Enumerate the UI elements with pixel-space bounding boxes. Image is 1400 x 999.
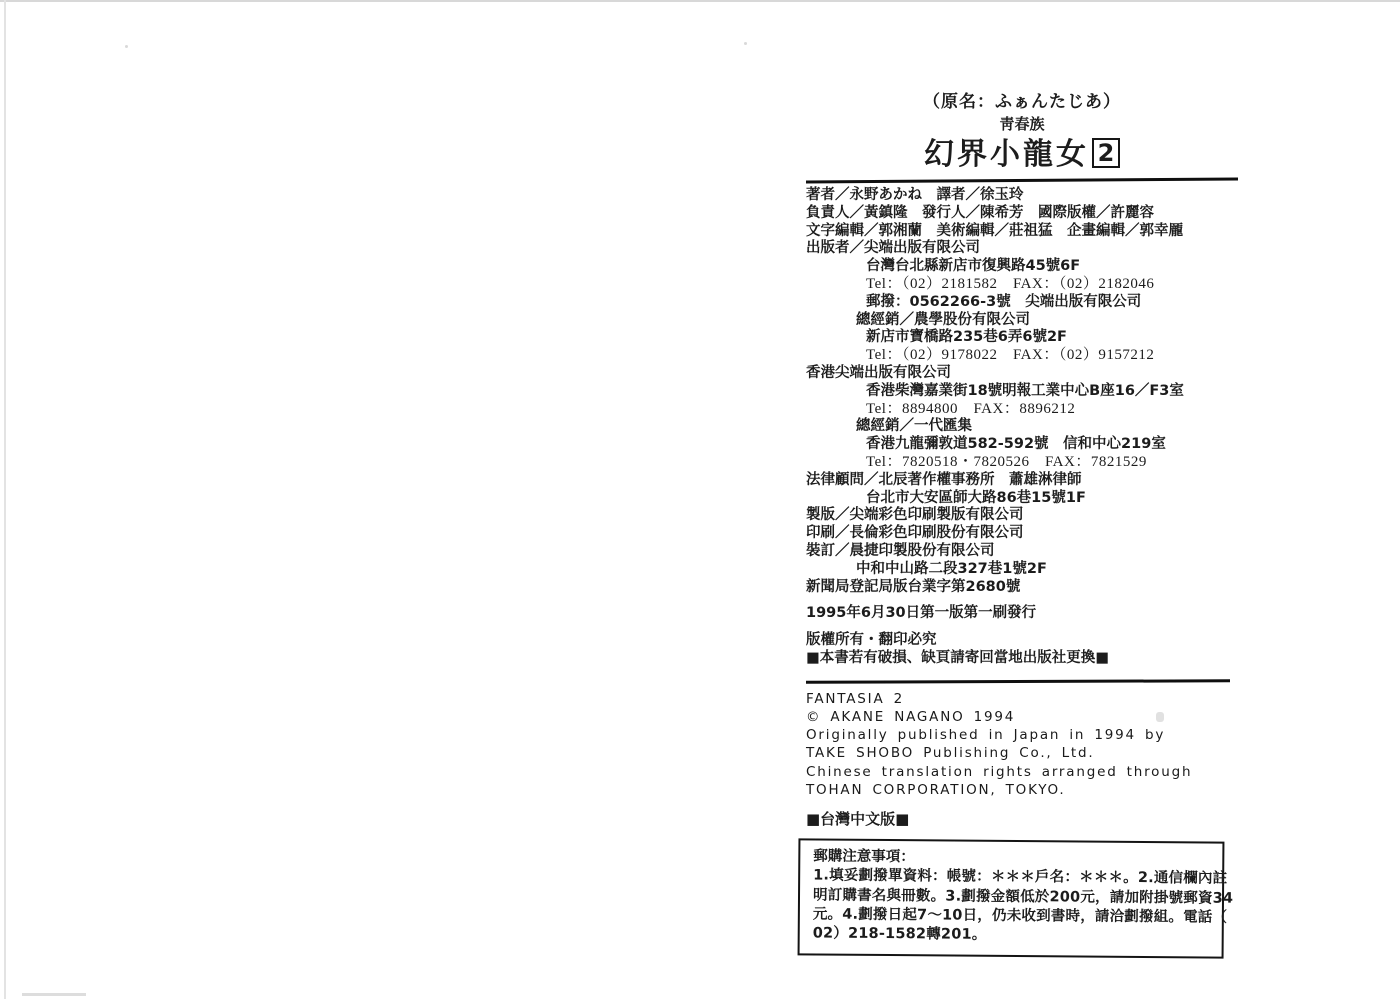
scan-smudge	[1156, 712, 1164, 722]
scan-speck	[744, 42, 747, 45]
mail-order-line: 1.填妥劃撥單資料：帳號：＊＊＊戶名：＊＊＊。2.通信欄內註	[813, 867, 1209, 889]
book-title: 幻界小龍女2	[806, 136, 1238, 174]
colophon-line: 台北市大安區師大路86巷15號1F	[806, 490, 1238, 508]
imprint-name: 靑春族	[806, 116, 1238, 133]
colophon-content: （原名：ふぁんたじあ） 靑春族 幻界小龍女2 著者／永野あかね 譯者／徐玉玲負責…	[806, 92, 1238, 957]
mail-order-notice-box: 郵購注意事項： 1.填妥劃撥單資料：帳號：＊＊＊戶名：＊＊＊。2.通信欄內註明訂…	[798, 838, 1225, 959]
scan-edge-left	[4, 0, 6, 999]
colophon-line: 裝訂／晨捷印製股份有限公司	[806, 543, 1238, 561]
damage-return-notice: ■本書若有破損、缺頁請寄回當地出版社更換■	[806, 650, 1238, 668]
colophon-line: 新聞局登記局版台業字第2680號	[806, 579, 1238, 597]
taiwan-edition-label: ■台灣中文版■	[806, 810, 1238, 828]
colophon-line: 印刷／長倫彩色印刷股份有限公司	[806, 525, 1238, 543]
english-line: Chinese translation rights arranged thro…	[806, 763, 1238, 781]
english-line: TOHAN CORPORATION, TOKYO.	[806, 781, 1238, 799]
colophon-line: Tel：7820518・7820526 FAX：7821529	[806, 454, 1238, 472]
scan-speck	[125, 45, 128, 48]
colophon-line: 著者／永野あかね 譯者／徐玉玲	[806, 187, 1238, 205]
mail-order-lines: 1.填妥劃撥單資料：帳號：＊＊＊戶名：＊＊＊。2.通信欄內註明訂購書名與冊數。3…	[813, 867, 1210, 947]
colophon-line: Tel：8894800 FAX：8896212	[806, 401, 1238, 419]
original-title-note: （原名：ふぁんたじあ）	[806, 92, 1238, 112]
colophon-line: Tel：（02）2181582 FAX：（02）2182046	[806, 276, 1238, 294]
english-line: TAKE SHOBO Publishing Co., Ltd.	[806, 744, 1238, 762]
edition-date-line: 1995年6月30日第一版第一刷發行	[806, 605, 1238, 623]
english-line: Originally published in Japan in 1994 by	[806, 726, 1238, 744]
colophon-line: 香港九龍彌敦道582-592號 信和中心219室	[806, 436, 1238, 454]
colophon-line: 中和中山路二段327巷1號2F	[806, 561, 1238, 579]
english-line: © AKANE NAGANO 1994	[806, 708, 1238, 726]
colophon-line: 負責人／黃鎮隆 發行人／陳希芳 國際版權／許麗容	[806, 205, 1238, 223]
colophon-line: 出版者／尖端出版有限公司	[806, 240, 1238, 258]
english-line: FANTASIA 2	[806, 690, 1238, 708]
copyright-notice: 版權所有・翻印必究	[806, 632, 1238, 650]
colophon-line: 文字編輯／郭湘蘭 美術編輯／莊祖猛 企畫編輯／郭幸龎	[806, 223, 1238, 241]
colophon-line: 總經銷／一代匯集	[806, 418, 1238, 436]
scan-mark	[22, 993, 86, 996]
colophon-line: 香港柴灣嘉業街18號明報工業中心B座16／F3室	[806, 383, 1238, 401]
colophon-line: 郵撥：0562266-3號 尖端出版有限公司	[806, 294, 1238, 312]
book-title-text: 幻界小龍女	[924, 137, 1089, 172]
colophon-line: Tel：（02）9178022 FAX：（02）9157212	[806, 347, 1238, 365]
english-copyright-block: FANTASIA 2© AKANE NAGANO 1994Originally …	[806, 690, 1238, 799]
colophon-line: 總經銷／農學股份有限公司	[806, 312, 1238, 330]
colophon-block: 著者／永野あかね 譯者／徐玉玲負責人／黃鎮隆 發行人／陳希芳 國際版權／許麗容文…	[806, 187, 1238, 596]
bottom-divider	[806, 679, 1230, 683]
colophon-line: 台灣台北縣新店市復興路45號6F	[806, 258, 1238, 276]
volume-number: 2	[1092, 138, 1120, 168]
mail-order-line: 02）218-1582轉201。	[813, 925, 1209, 947]
colophon-line: 製版／尖端彩色印刷製版有限公司	[806, 507, 1238, 525]
scan-edge-top	[0, 0, 1400, 2]
colophon-line: 新店市寶橋路235巷6弄6號2F	[806, 329, 1238, 347]
colophon-line: 法律顧問／北辰著作權事務所 蕭雄淋律師	[806, 472, 1238, 490]
title-divider	[806, 177, 1238, 183]
colophon-line: 香港尖端出版有限公司	[806, 365, 1238, 383]
